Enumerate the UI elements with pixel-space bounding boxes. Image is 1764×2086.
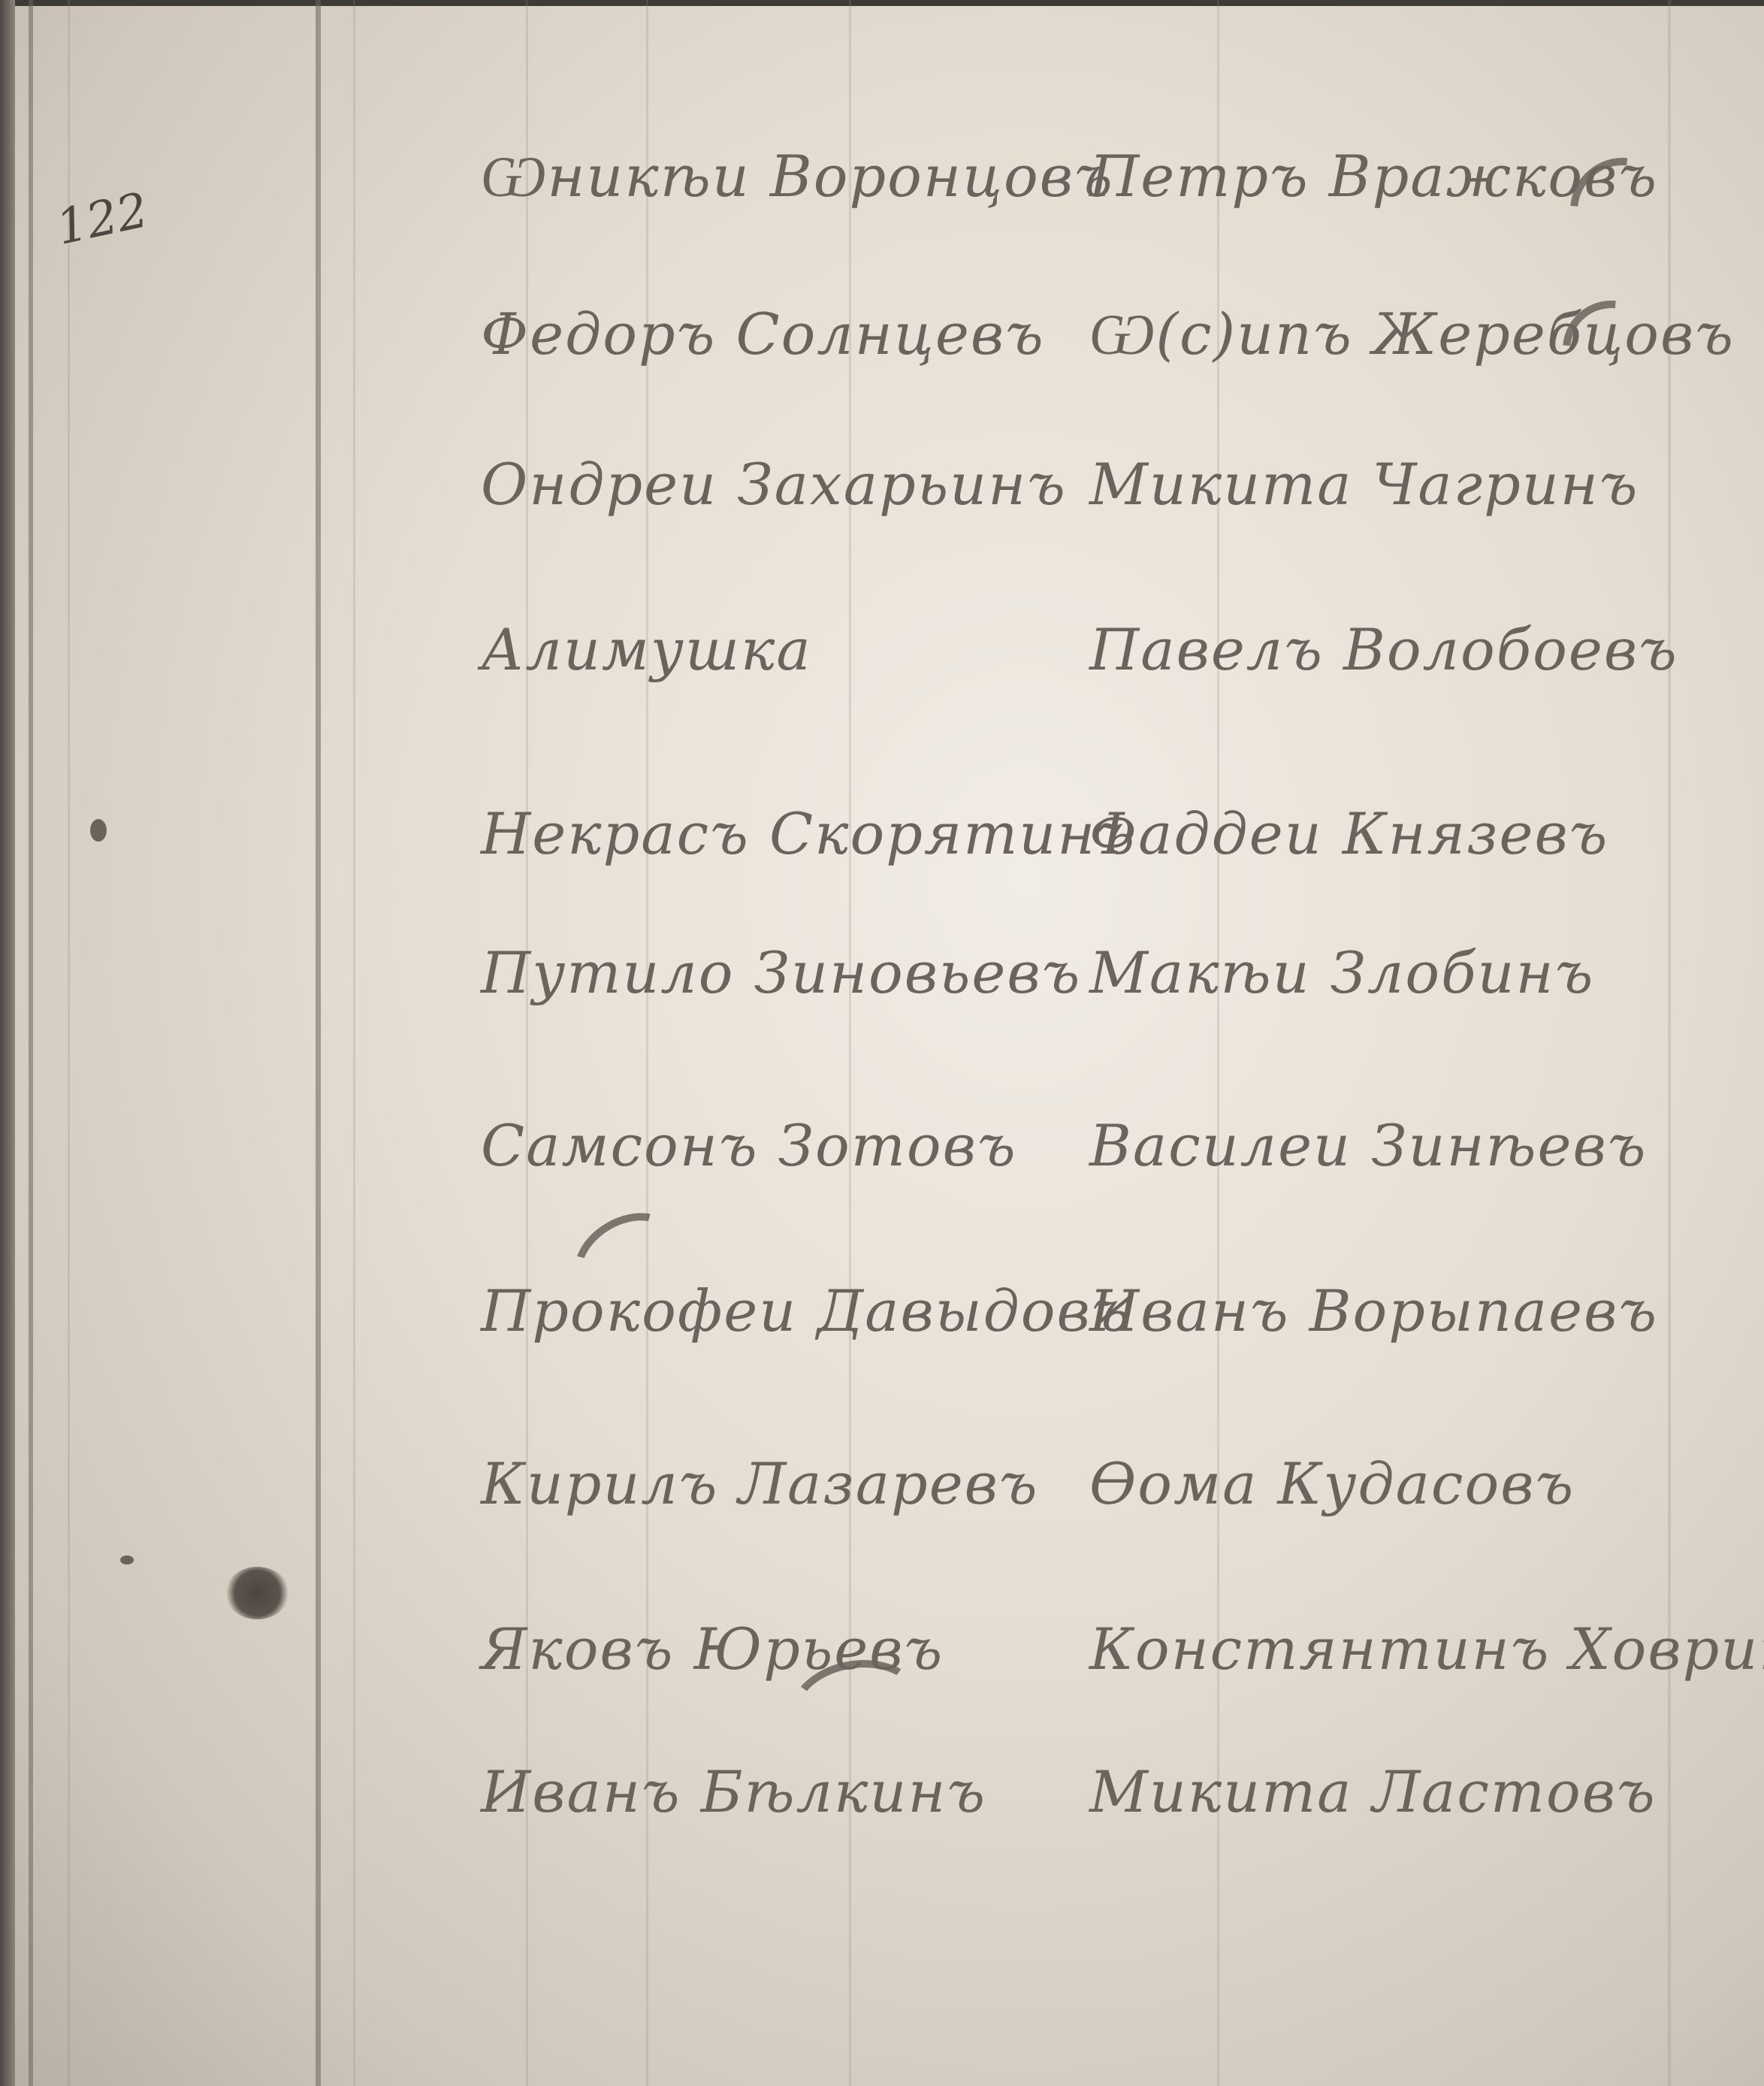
name-entry-right-6: Макѣи Злобинъ bbox=[1089, 939, 1594, 1006]
name-entry-right-11: Микита Ластовъ bbox=[1089, 1758, 1657, 1825]
name-entry-right-7: Василеи Зинѣевъ bbox=[1089, 1112, 1647, 1179]
name-entry-right-4: Павелъ Волобоевъ bbox=[1089, 616, 1678, 683]
name-entry-right-9: Ѳома Кудасовъ bbox=[1089, 1450, 1575, 1517]
photo-top-edge bbox=[0, 0, 1764, 6]
name-entry-left-7: Самсонъ Зотовъ bbox=[481, 1112, 1016, 1179]
ruling-line bbox=[68, 0, 70, 2086]
margin-line bbox=[316, 0, 321, 2086]
folio-number: 122 bbox=[52, 183, 153, 256]
ink-spot bbox=[90, 819, 107, 842]
name-entry-left-6: Путило Зиновьевъ bbox=[481, 939, 1081, 1006]
ink-spot bbox=[120, 1555, 134, 1564]
name-entry-right-8: Иванъ Ворыпаевъ bbox=[1089, 1277, 1658, 1344]
name-entry-right-10: Констянтинъ Ховринъ bbox=[1089, 1616, 1764, 1682]
name-entry-left-1: Ѡникѣи Воронцовъ bbox=[481, 143, 1114, 210]
name-entry-right-5: Фаддеи Князевъ bbox=[1089, 800, 1608, 867]
manuscript-page: 122 Ѡникѣи Воронцовъ Федоръ Солнцевъ Онд… bbox=[0, 0, 1764, 2086]
page-left-edge bbox=[0, 0, 15, 2086]
name-entry-left-2: Федоръ Солнцевъ bbox=[481, 301, 1045, 367]
name-entry-right-3: Микита Чагринъ bbox=[1089, 451, 1639, 518]
ruling-line bbox=[353, 0, 355, 2086]
name-entry-left-9: Кирилъ Лазаревъ bbox=[481, 1450, 1039, 1517]
name-entry-left-3: Ондреи Захарьинъ bbox=[481, 451, 1067, 518]
name-entry-left-4: Алимушка bbox=[481, 616, 812, 683]
name-entry-left-11: Иванъ Бѣлкинъ bbox=[481, 1758, 986, 1825]
ink-blot bbox=[225, 1567, 289, 1619]
ruling-line bbox=[29, 0, 33, 2086]
name-entry-left-5: Некрасъ Скорятинъ bbox=[481, 800, 1136, 867]
